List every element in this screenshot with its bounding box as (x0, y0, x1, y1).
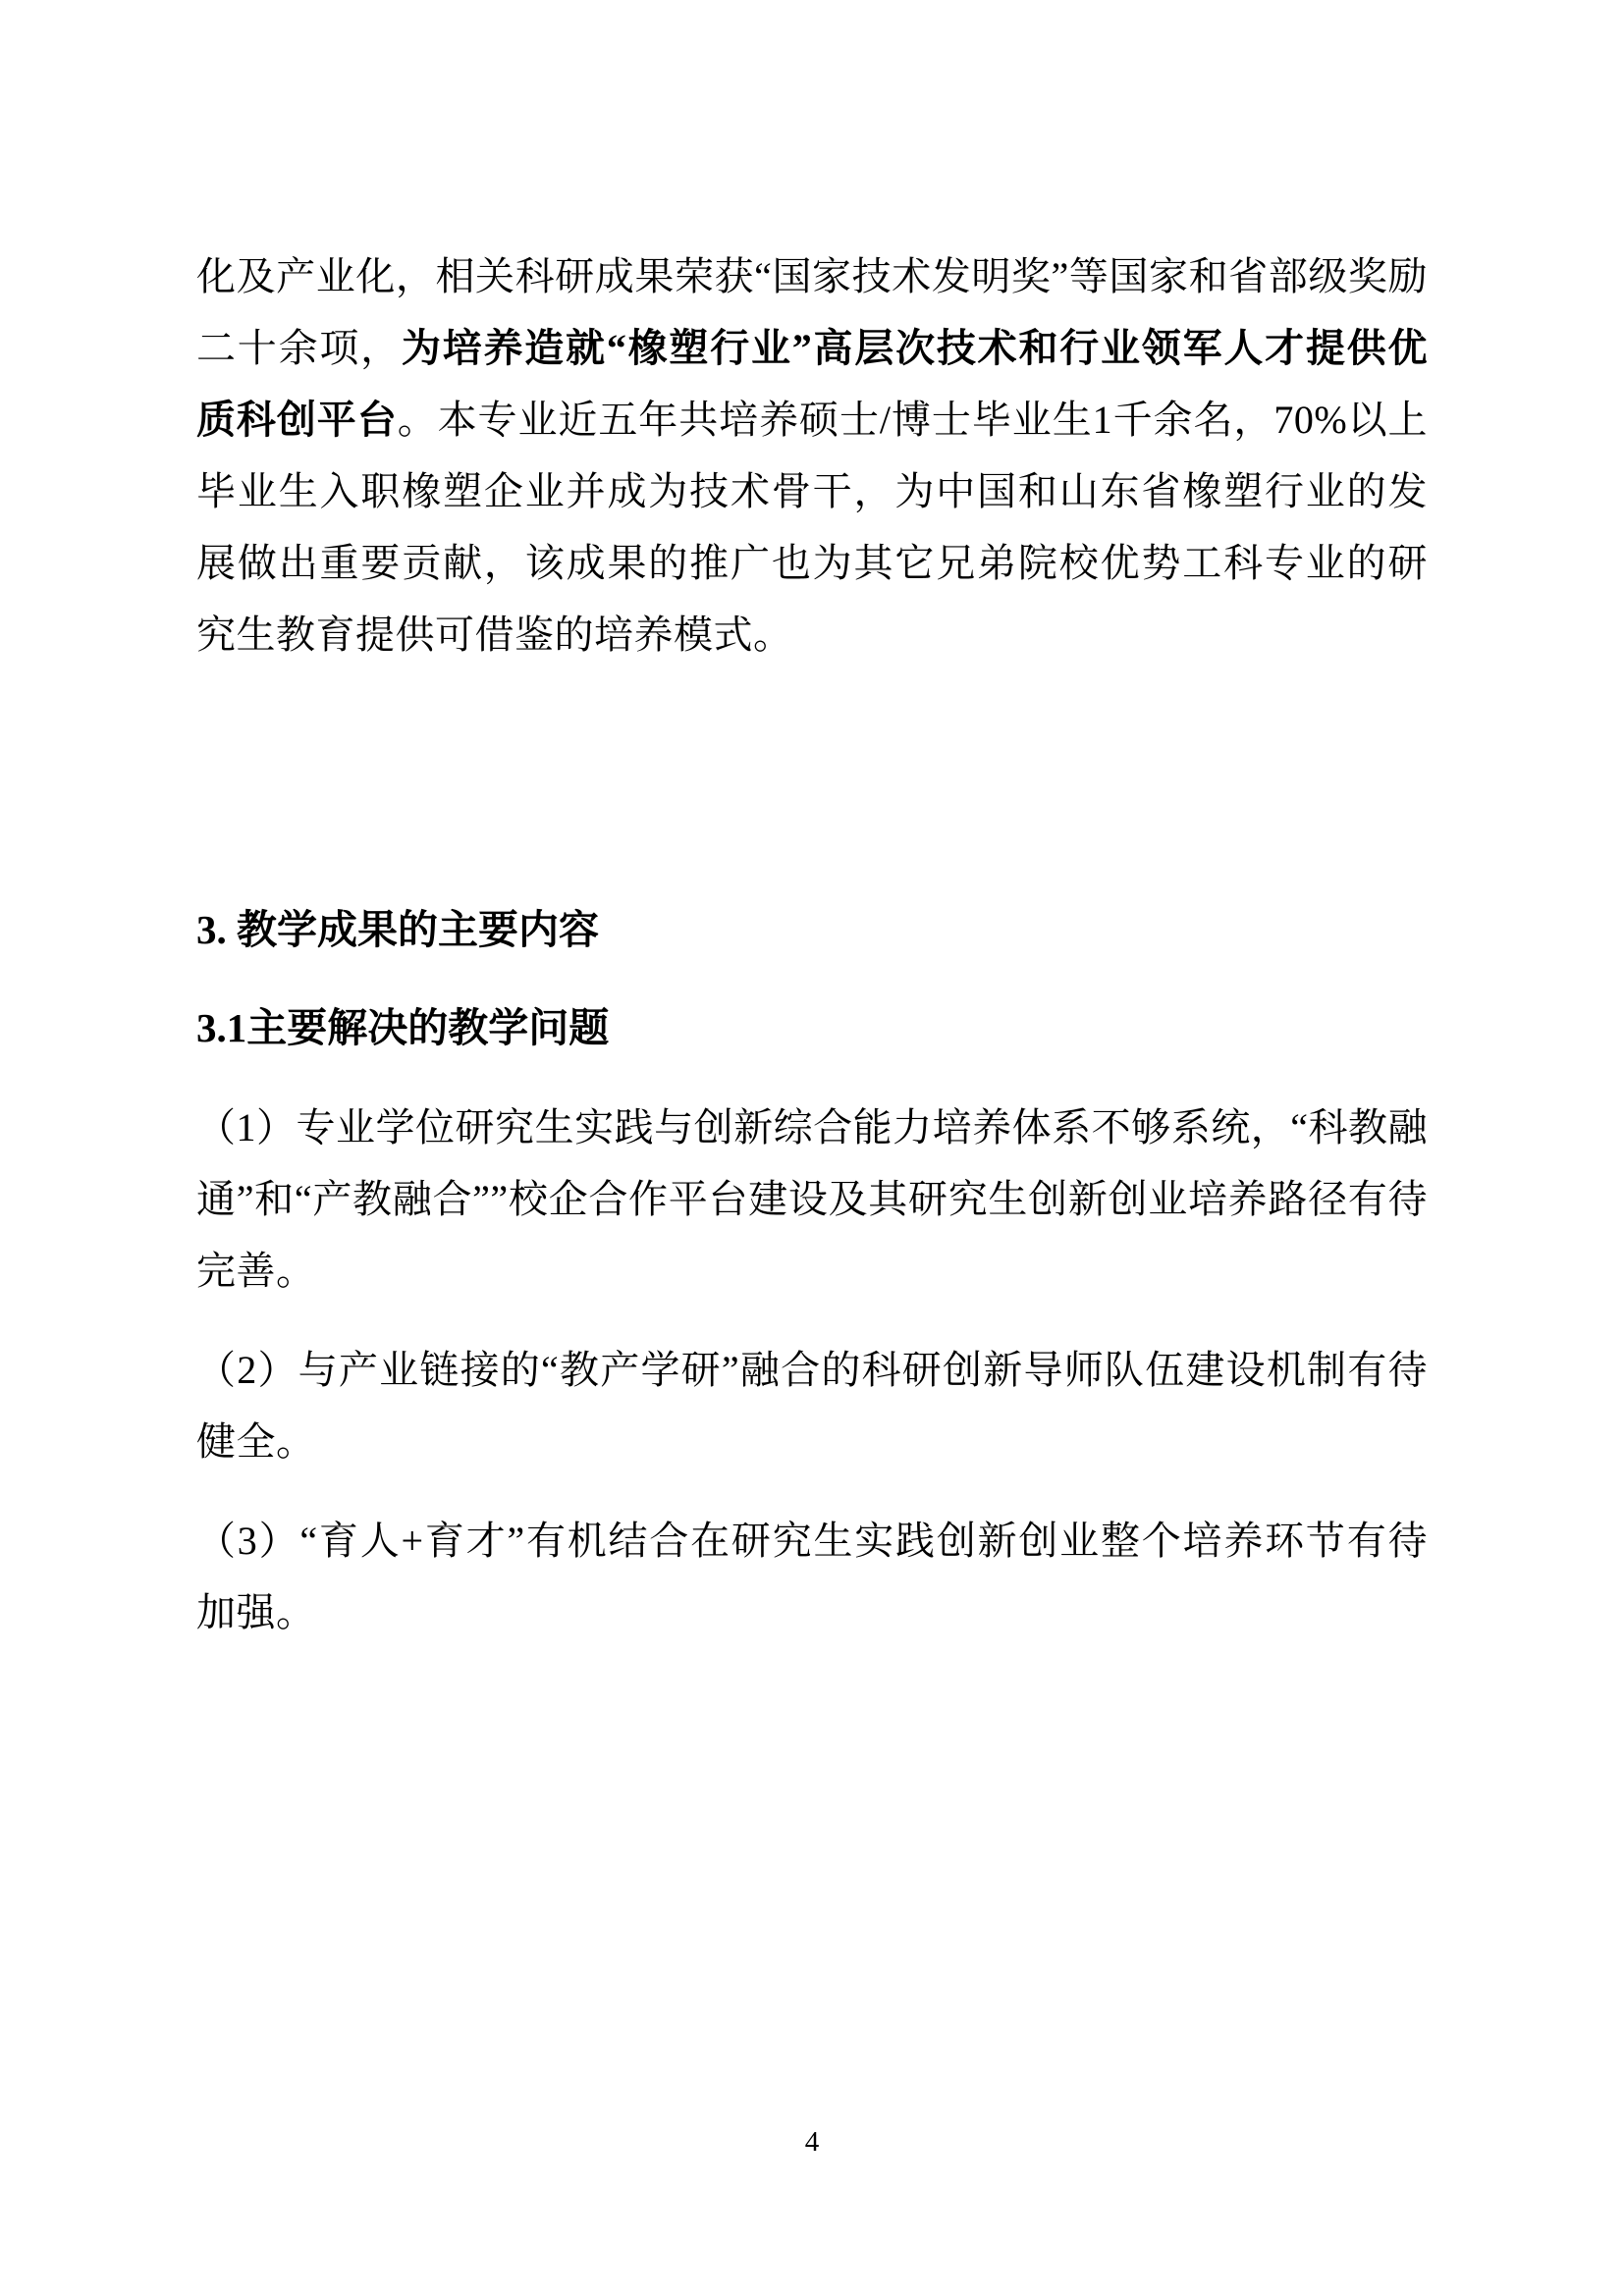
document-content: 化及产业化，相关科研成果荣获“国家技术发明奖”等国家和省部级奖励二十余项，为培养… (196, 240, 1428, 1648)
problem-item-2: （2）与产业链接的“教产学研”融合的科研创新导师队伍建设机制有待健全。 (196, 1334, 1428, 1477)
page-number: 4 (0, 2122, 1624, 2162)
subsection-heading: 3.1主要解决的教学问题 (196, 992, 1428, 1064)
paragraph-continued: 化及产业化，相关科研成果荣获“国家技术发明奖”等国家和省部级奖励二十余项，为培养… (196, 240, 1428, 670)
problem-item-3: （3）“育人+育才”有机结合在研究生实践创新创业整个培养环节有待加强。 (196, 1505, 1428, 1648)
section-heading: 3. 教学成果的主要内容 (196, 894, 1428, 966)
document-page: 化及产业化，相关科研成果荣获“国家技术发明奖”等国家和省部级奖励二十余项，为培养… (0, 0, 1624, 2296)
problem-item-1: （1）专业学位研究生实践与创新综合能力培养体系不够系统，“科教融通”和“产教融合… (196, 1092, 1428, 1307)
